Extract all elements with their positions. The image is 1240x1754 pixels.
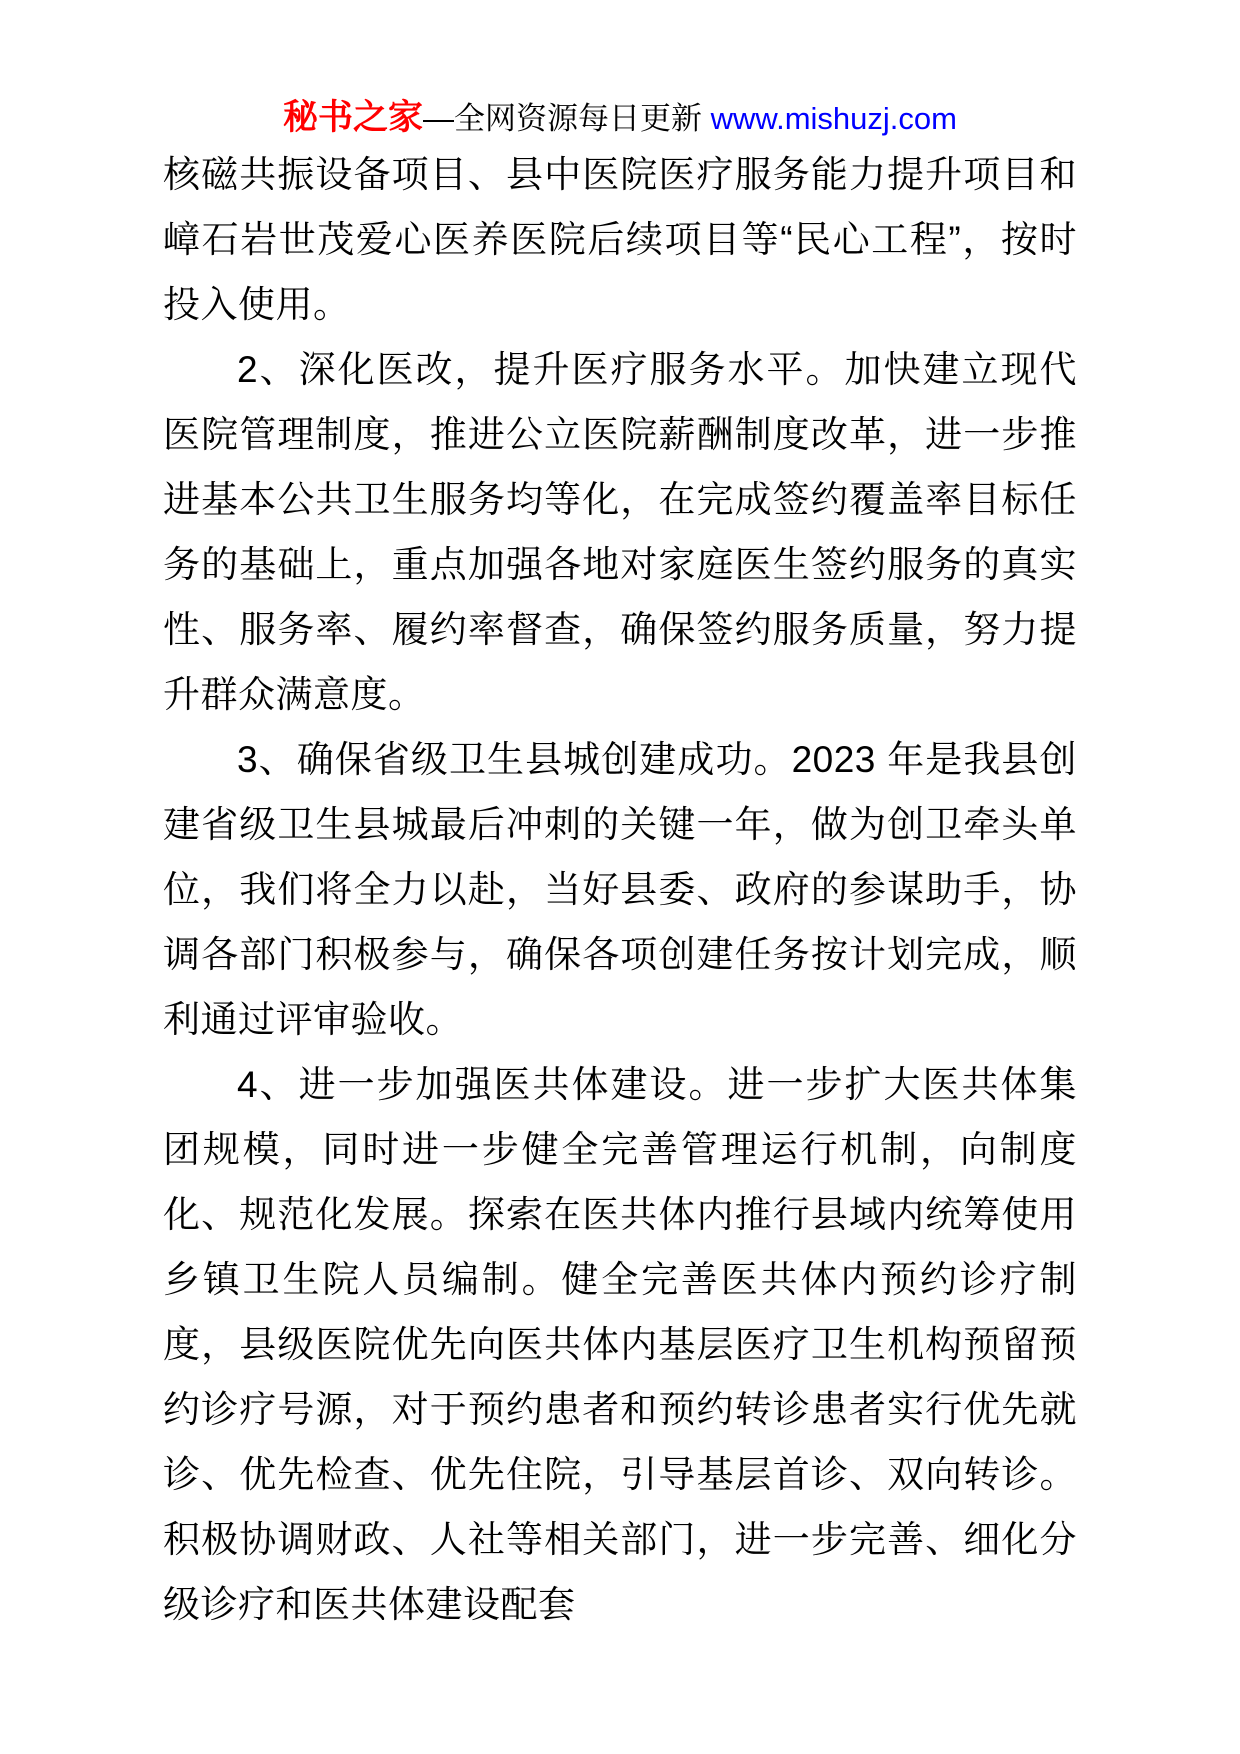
site-brand: 秘书之家: [283, 98, 423, 137]
document-page: 秘书之家—全网资源每日更新 www.mishuzj.com 核磁共振设备项目、县…: [0, 0, 1240, 1754]
paragraph-item-4: 4、进一步加强医共体建设。进一步扩大医共体集团规模，同时进一步健全完善管理运行机…: [163, 1052, 1077, 1637]
site-url-link[interactable]: www.mishuzj.com: [711, 101, 957, 136]
paragraph-continuation: 核磁共振设备项目、县中医院医疗服务能力提升项目和嶂石岩世茂爱心医养医院后续项目等…: [163, 142, 1077, 337]
paragraph-item-2: 2、深化医改，提升医疗服务水平。加快建立现代医院管理制度，推进公立医院薪酬制度改…: [163, 337, 1077, 727]
document-body: 核磁共振设备项目、县中医院医疗服务能力提升项目和嶂石岩世茂爱心医养医院后续项目等…: [163, 142, 1077, 1637]
site-tagline: —全网资源每日更新: [423, 101, 711, 136]
site-header: 秘书之家—全网资源每日更新 www.mishuzj.com: [0, 98, 1240, 139]
paragraph-item-3: 3、确保省级卫生县城创建成功。2023 年是我县创建省级卫生县城最后冲刺的关键一…: [163, 727, 1077, 1052]
